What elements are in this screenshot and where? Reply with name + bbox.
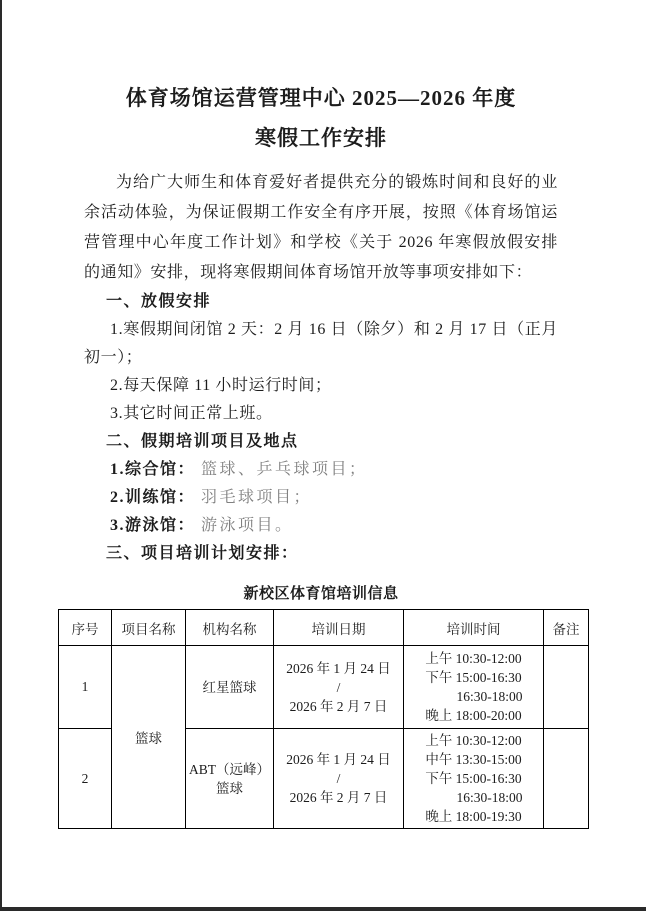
row1-date-line1: 2026 年 1 月 24 日 <box>276 659 401 678</box>
section2-item-1-label: 1.综合馆： <box>110 461 195 478</box>
section1-item-1: 1.寒假期间闭馆 2 天：2 月 16 日（除夕）和 2 月 17 日（正月初一… <box>84 316 558 372</box>
section2-item-1-value: 篮球、乒乓球项目； <box>201 461 368 478</box>
page-left-edge <box>0 0 2 911</box>
row1-date-separator: / <box>276 678 401 697</box>
header-times: 培训时间 <box>404 610 544 646</box>
row1-time-4: 晚上 18:00-20:00 <box>406 706 541 725</box>
section2-item-3-label: 3.游泳馆： <box>110 517 195 534</box>
row2-date-line2: 2026 年 2 月 7 日 <box>276 788 401 807</box>
row2-time-5: 晚上 18:00-19:30 <box>406 807 541 826</box>
row2-org-line2: 篮球 <box>188 779 271 798</box>
row2-times: 上午 10:30-12:00 中午 13:30-15:00 下午 15:00-1… <box>404 729 544 829</box>
section2-item-3-value: 游泳项目。 <box>201 517 294 534</box>
row2-note <box>544 729 589 829</box>
header-dates: 培训日期 <box>274 610 404 646</box>
row1-date-line2: 2026 年 2 月 7 日 <box>276 697 401 716</box>
section2-heading: 二、假期培训项目及地点 <box>84 428 558 456</box>
row1-note <box>544 646 589 729</box>
header-project: 项目名称 <box>112 610 186 646</box>
title-line-1: 体育场馆运营管理中心 2025—2026 年度 <box>84 78 558 118</box>
row1-time-2: 下午 15:00-16:30 <box>406 668 541 687</box>
row1-org: 红星篮球 <box>186 646 274 729</box>
row2-time-2: 中午 13:30-15:00 <box>406 750 541 769</box>
section1-item-2: 2.每天保障 11 小时运行时间； <box>84 372 558 400</box>
document-body: 体育场馆运营管理中心 2025—2026 年度 寒假工作安排 为给广大师生和体育… <box>0 0 646 603</box>
section1-item-3: 3.其它时间正常上班。 <box>84 400 558 428</box>
section1-heading: 一、放假安排 <box>84 288 558 316</box>
page-bottom-edge <box>0 907 646 911</box>
document-title: 体育场馆运营管理中心 2025—2026 年度 寒假工作安排 <box>84 78 558 158</box>
row1-seq: 1 <box>59 646 112 729</box>
row2-date-line1: 2026 年 1 月 24 日 <box>276 750 401 769</box>
document-page: 体育场馆运营管理中心 2025—2026 年度 寒假工作安排 为给广大师生和体育… <box>0 0 646 911</box>
row1-dates: 2026 年 1 月 24 日 / 2026 年 2 月 7 日 <box>274 646 404 729</box>
row2-org-line1: ABT（远峰） <box>188 760 271 779</box>
title-line-2: 寒假工作安排 <box>84 118 558 158</box>
row1-time-3: 16:30-18:00 <box>406 687 541 706</box>
project-name-cell: 篮球 <box>112 646 186 829</box>
row2-seq: 2 <box>59 729 112 829</box>
section3-heading: 三、项目培训计划安排： <box>84 540 558 568</box>
header-org: 机构名称 <box>186 610 274 646</box>
row2-time-4: 16:30-18:00 <box>406 788 541 807</box>
training-info-table: 序号 项目名称 机构名称 培训日期 培训时间 备注 1 篮球 红星篮球 2026… <box>58 609 589 829</box>
row1-times: 上午 10:30-12:00 下午 15:00-16:30 16:30-18:0… <box>404 646 544 729</box>
section2-item-2-label: 2.训练馆： <box>110 489 195 506</box>
section2-item-1: 1.综合馆：篮球、乒乓球项目； <box>84 456 558 484</box>
header-seq: 序号 <box>59 610 112 646</box>
table-header-row: 序号 项目名称 机构名称 培训日期 培训时间 备注 <box>59 610 589 646</box>
table-title: 新校区体育馆培训信息 <box>84 582 558 603</box>
section2-item-3: 3.游泳馆：游泳项目。 <box>84 512 558 540</box>
row2-org: ABT（远峰） 篮球 <box>186 729 274 829</box>
row1-time-1: 上午 10:30-12:00 <box>406 649 541 668</box>
table-row: 1 篮球 红星篮球 2026 年 1 月 24 日 / 2026 年 2 月 7… <box>59 646 589 729</box>
header-note: 备注 <box>544 610 589 646</box>
row2-time-3: 下午 15:00-16:30 <box>406 769 541 788</box>
row2-time-1: 上午 10:30-12:00 <box>406 731 541 750</box>
row2-date-separator: / <box>276 769 401 788</box>
section2-item-2-value: 羽毛球项目； <box>201 489 312 506</box>
row2-dates: 2026 年 1 月 24 日 / 2026 年 2 月 7 日 <box>274 729 404 829</box>
section2-item-2: 2.训练馆：羽毛球项目； <box>84 484 558 512</box>
row1-org-line: 红星篮球 <box>188 678 271 697</box>
intro-paragraph: 为给广大师生和体育爱好者提供充分的锻炼时间和良好的业余活动体验，为保证假期工作安… <box>84 168 558 288</box>
